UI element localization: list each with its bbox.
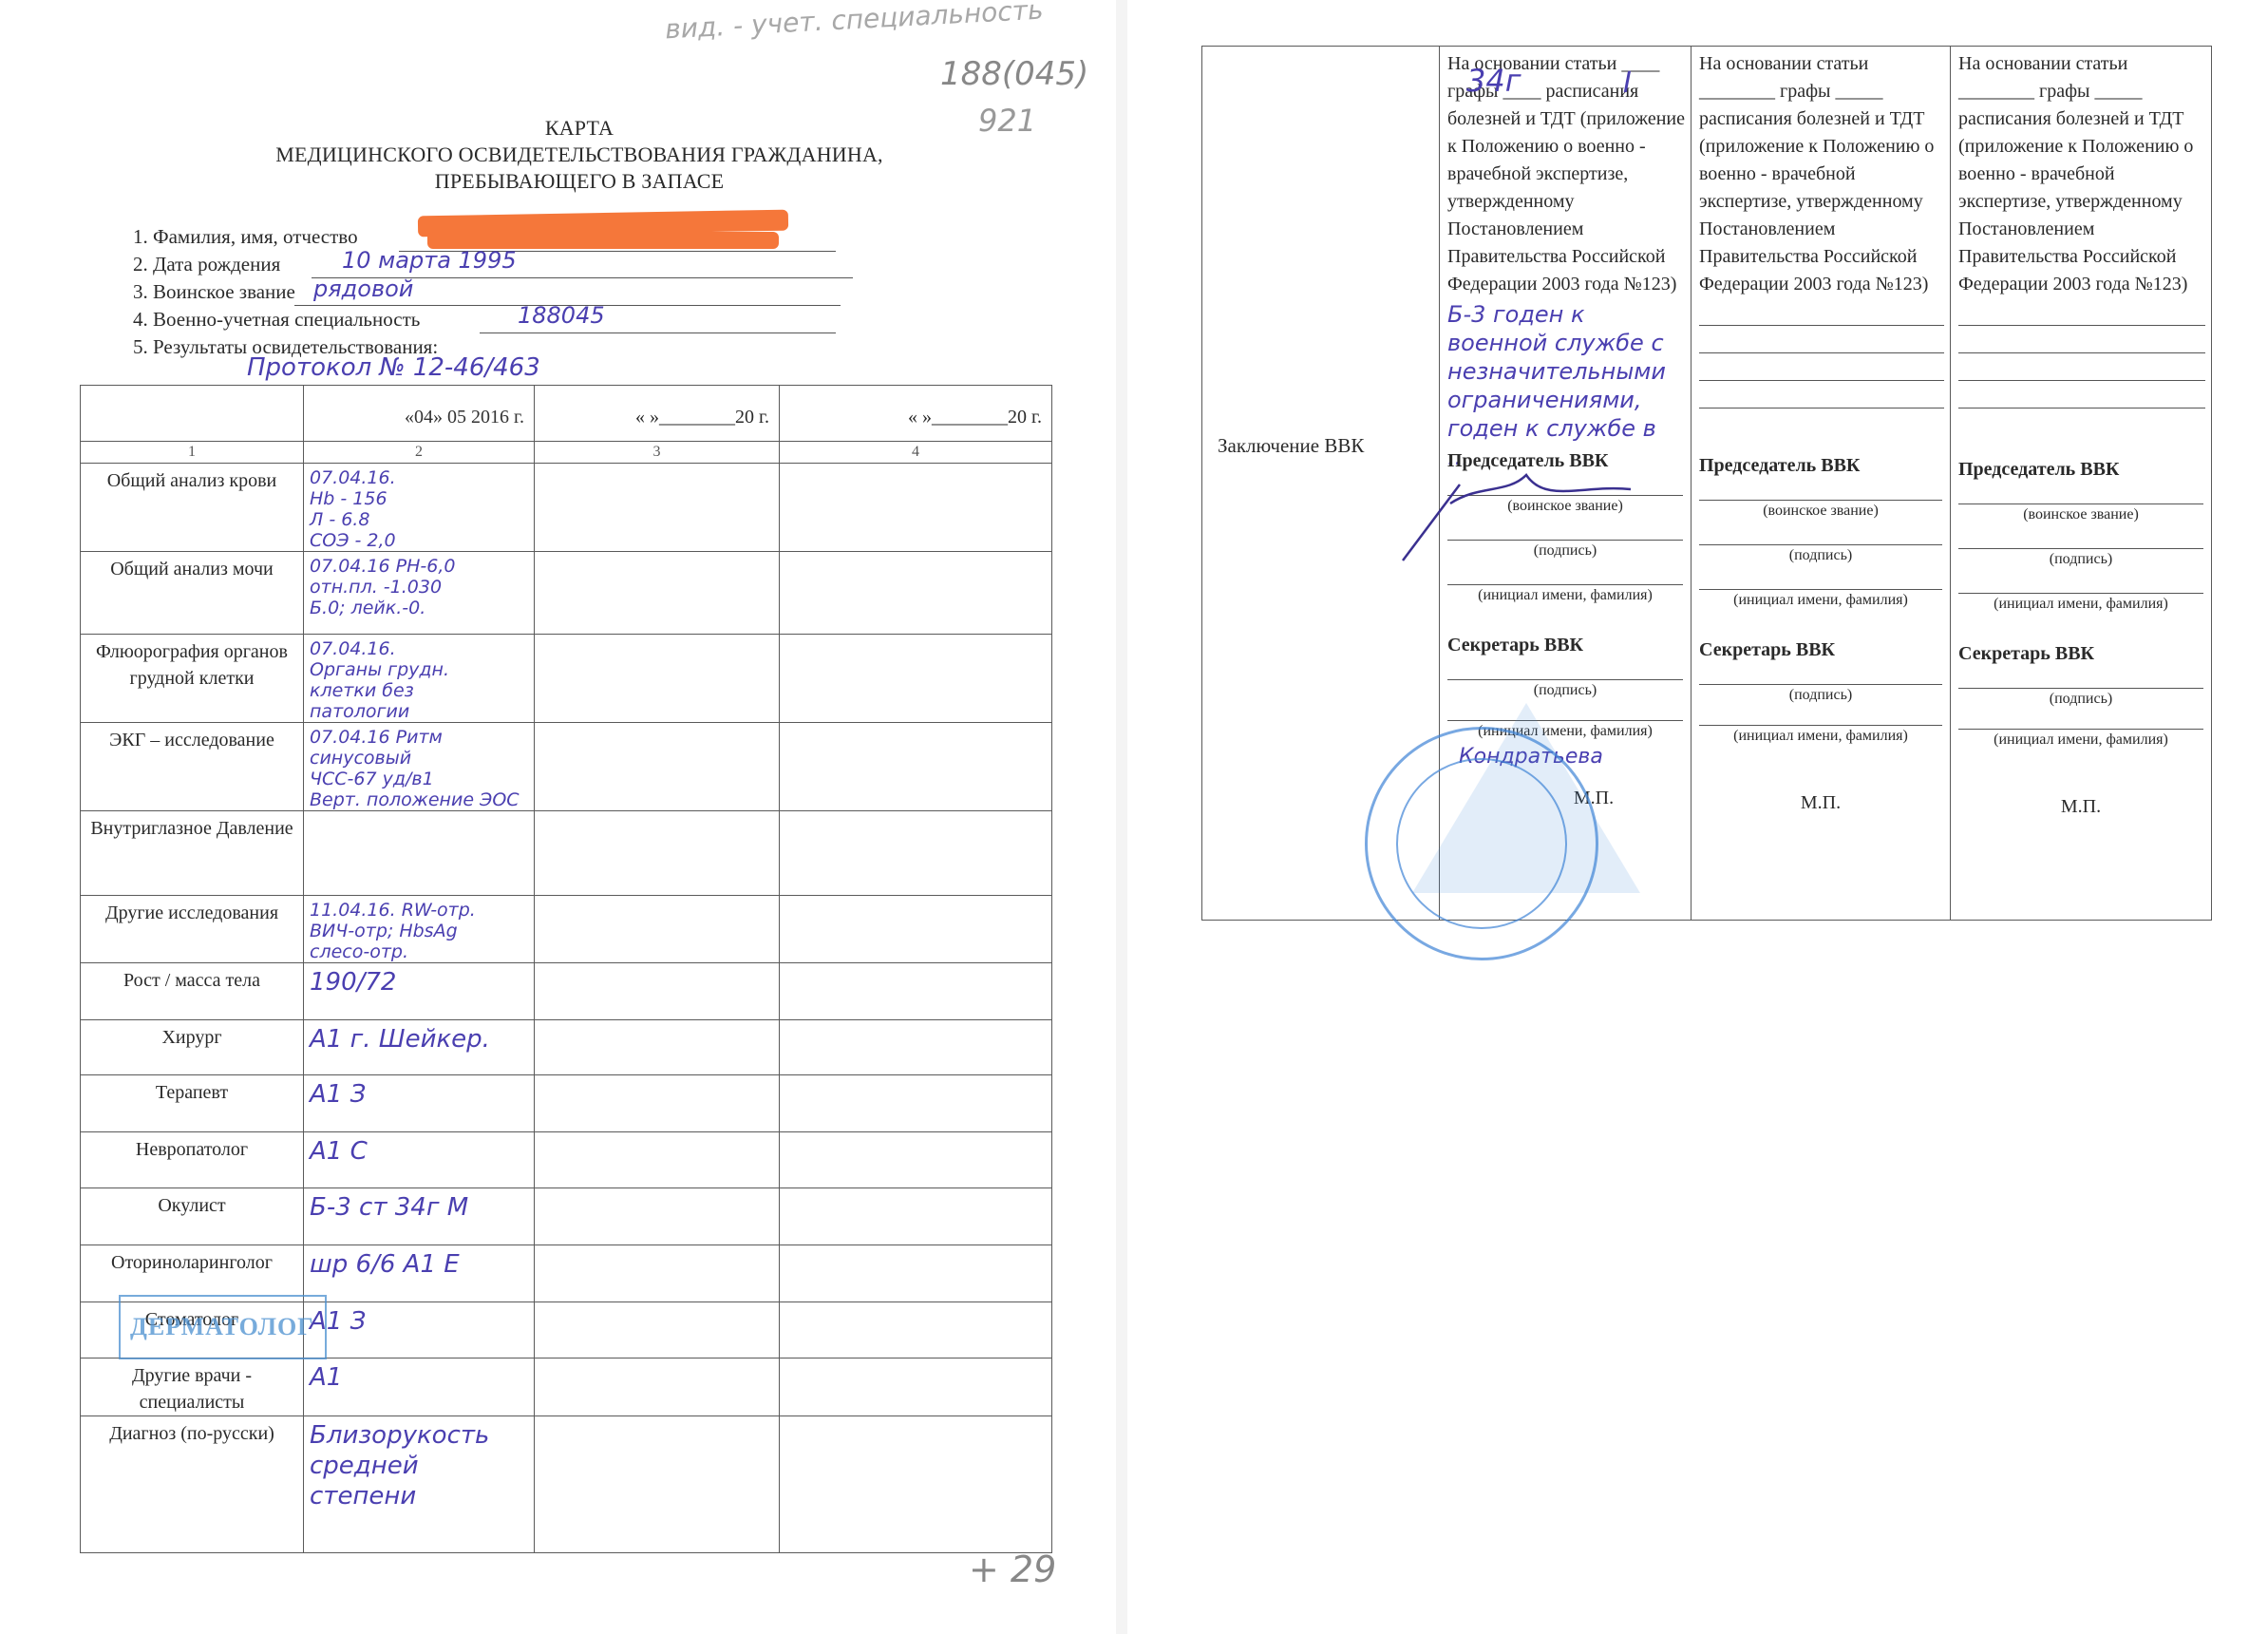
- row-value-col2: шр 6/6 А1 Е: [304, 1245, 534, 1280]
- row-value-col3: [535, 963, 779, 967]
- table-row: Внутриглазное Давление: [81, 811, 1052, 896]
- row-value-col3: [535, 1075, 779, 1079]
- signature-caption: (подпись): [1958, 549, 2203, 570]
- basis-text: На основании статьи ____ графы ____ расп…: [1440, 47, 1691, 471]
- table-row: ЭКГ – исследование07.04.16 Ритм синусовы…: [81, 723, 1052, 811]
- row-value-col3: [535, 464, 779, 467]
- row-value-col2: А1 З: [304, 1075, 534, 1110]
- row-label: Рост / масса тела: [81, 963, 303, 994]
- field-line-specialty: [480, 332, 836, 333]
- row-label: ЭКГ – исследование: [81, 723, 303, 753]
- header-date-col4: « »________20 г.: [780, 386, 1052, 442]
- row-value-col3: [535, 635, 779, 638]
- row-label: Диагноз (по-русски): [81, 1416, 303, 1447]
- row-value-col2: 07.04.16. Органы грудн. клетки без патол…: [304, 635, 534, 722]
- page-note: + 29: [969, 1548, 1056, 1590]
- row-value-col3: [535, 723, 779, 727]
- basis-text: На основании статьи ________ графы _____…: [1951, 47, 2211, 408]
- column-number: 3: [535, 442, 779, 463]
- title-line-2: МЕДИЦИНСКОГО ОСВИДЕТЕЛЬСТВОВАНИЯ ГРАЖДАН…: [0, 142, 1159, 167]
- column-number: 2: [304, 442, 534, 463]
- table-row: ОкулистБ-3 ст 34г М: [81, 1188, 1052, 1245]
- table-row: Другие врачи - специалистыА1: [81, 1358, 1052, 1416]
- table-row: ТерапевтА1 З: [81, 1075, 1052, 1132]
- row-value-col2: 11.04.16. RW-отр. ВИЧ-отр; НbsAg слесо-о…: [304, 896, 534, 962]
- header-date-col3: « »________20 г.: [535, 386, 780, 442]
- seal-mark: М.П.: [1699, 792, 1942, 813]
- row-value-col4: [780, 1302, 1051, 1306]
- row-value-col2: Б-3 ст 34г М: [304, 1188, 534, 1223]
- signature-caption: (подпись): [1447, 680, 1683, 701]
- table-row: Флюорография органов грудной клетки07.04…: [81, 635, 1052, 723]
- row-value-col4: [780, 1416, 1051, 1420]
- row-value-col2: А1 С: [304, 1132, 534, 1167]
- name-caption: (инициал имени, фамилия): [1447, 585, 1683, 606]
- conclusion-col-2: На основании статьи ________ графы _____…: [1692, 47, 1951, 921]
- signature-caption: (подпись): [1699, 545, 1942, 566]
- row-value-col3: [535, 811, 779, 815]
- row-value-col2: А1 З: [304, 1302, 534, 1337]
- row-value-col2: 07.04.16 Ритм синусовый ЧСС-67 уд/в1 Вер…: [304, 723, 534, 810]
- row-value-col2: 190/72: [304, 963, 534, 997]
- row-label: Внутриглазное Давление: [81, 811, 303, 842]
- right-page: Заключение ВВК На основании статьи ____ …: [1127, 0, 2268, 1634]
- name-caption: (инициал имени, фамилия): [1699, 726, 1942, 747]
- table-row: НевропатологА1 С: [81, 1132, 1052, 1188]
- row-value-col2: А1: [304, 1358, 534, 1393]
- row-value-col4: [780, 464, 1051, 467]
- row-value-col3: [535, 1358, 779, 1362]
- row-value-col3: [535, 1302, 779, 1306]
- row-value-col2: 07.04.16 PH-6,0 отн.пл. -1.030 Б.0; лейк…: [304, 552, 534, 618]
- name-caption: (инициал имени, фамилия): [1699, 590, 1942, 611]
- secretary-label: Секретарь ВВК: [1447, 635, 1683, 656]
- row-value-col4: [780, 1132, 1051, 1136]
- row-value-col3: [535, 1132, 779, 1136]
- column-number: 1: [81, 442, 303, 463]
- row-value-col4: [780, 811, 1051, 815]
- row-label: Оториноларинголог: [81, 1245, 303, 1276]
- row-value-col4: [780, 1020, 1051, 1024]
- row-label: Хирург: [81, 1020, 303, 1051]
- row-label: Флюорография органов грудной клетки: [81, 635, 303, 692]
- row-value-col4: [780, 552, 1051, 556]
- triangle-stamp: [1412, 703, 1640, 893]
- field-value-specialty: 188045: [518, 302, 605, 329]
- row-value-col4: [780, 723, 1051, 727]
- signature-caption: (подпись): [1958, 689, 2203, 710]
- row-label: Терапевт: [81, 1075, 303, 1106]
- row-value-col3: [535, 1416, 779, 1420]
- row-value-col3: [535, 552, 779, 556]
- table-header-row: «04» 05 2016 г. « »________20 г. « »____…: [81, 386, 1052, 442]
- table-row: Общий анализ крови07.04.16. Нb - 156 Л -…: [81, 464, 1052, 552]
- vvk-conclusion-table: Заключение ВВК На основании статьи ____ …: [1201, 46, 2212, 921]
- row-value-col3: [535, 896, 779, 900]
- row-value-col4: [780, 1358, 1051, 1362]
- handwritten-conclusion: Б-3 годен к военной службе с незначитель…: [1447, 300, 1685, 471]
- article-value: 34г: [1466, 67, 1521, 95]
- column-number-row: 1 2 3 4: [81, 442, 1052, 464]
- field-value-birthdate: 10 марта 1995: [342, 247, 517, 274]
- row-value-col4: [780, 896, 1051, 900]
- signature-caption: (подпись): [1699, 685, 1942, 706]
- row-value-col3: [535, 1188, 779, 1192]
- title-line-3: ПРЕБЫВАЮЩЕГО В ЗАПАСЕ: [0, 169, 1159, 194]
- row-value-col4: [780, 1075, 1051, 1079]
- rank-caption: (воинское звание): [1958, 504, 2203, 525]
- dermatologist-stamp: ДЕРМАТОЛОГ: [119, 1295, 327, 1359]
- row-value-col4: [780, 963, 1051, 967]
- conclusion-label: Заключение ВВК: [1218, 434, 1364, 458]
- field-label-specialty: 4. Военно-учетная специальность: [133, 308, 420, 332]
- field-label-rank: 3. Воинское звание: [133, 280, 295, 304]
- row-value-col4: [780, 1188, 1051, 1192]
- table-row: Рост / масса тела190/72: [81, 963, 1052, 1020]
- row-label: Окулист: [81, 1188, 303, 1219]
- table-row: Другие исследования11.04.16. RW-отр. ВИЧ…: [81, 896, 1052, 963]
- table-row: Общий анализ мочи07.04.16 PH-6,0 отн.пл.…: [81, 552, 1052, 635]
- row-value-col3: [535, 1020, 779, 1024]
- row-label: Другие врачи - специалисты: [81, 1358, 303, 1415]
- chairman-label: Председатель ВВК: [1699, 455, 1942, 477]
- conclusion-col-3: На основании статьи ________ графы _____…: [1951, 47, 2212, 921]
- row-value-col2: [304, 811, 534, 815]
- pencil-margin-note: вид. - учет. специальность: [664, 0, 1044, 45]
- field-label-fio: 1. Фамилия, имя, отчество: [133, 225, 358, 249]
- row-label: Другие исследования: [81, 896, 303, 926]
- chairman-signature-scribble: [1393, 465, 1678, 570]
- secretary-label: Секретарь ВВК: [1699, 639, 1942, 661]
- title-line-1: КАРТА: [0, 116, 1159, 141]
- graph-value: I: [1623, 69, 1632, 97]
- column-number: 4: [780, 442, 1051, 463]
- name-caption: (инициал имени, фамилия): [1958, 730, 2203, 750]
- pencil-code: 188(045): [940, 55, 1088, 93]
- table-row: Оториноларингологшр 6/6 А1 Е: [81, 1245, 1052, 1302]
- page-separator: [1116, 0, 1127, 1634]
- row-label: Общий анализ мочи: [81, 552, 303, 582]
- name-caption: (инициал имени, фамилия): [1958, 594, 2203, 615]
- secretary-label: Секретарь ВВК: [1958, 643, 2203, 665]
- chairman-block: Председатель ВВК (воинское звание) (подп…: [1699, 455, 1942, 813]
- row-value-col4: [780, 1245, 1051, 1249]
- row-value-col4: [780, 635, 1051, 638]
- table-row: Диагноз (по-русски)Близорукость средней …: [81, 1416, 1052, 1553]
- rank-caption: (воинское звание): [1699, 501, 1942, 522]
- field-value-results: Протокол № 12-46/463: [247, 353, 540, 382]
- basis-text: На основании статьи ________ графы _____…: [1692, 47, 1950, 408]
- row-value-col3: [535, 1245, 779, 1249]
- chairman-label: Председатель ВВК: [1958, 459, 2203, 481]
- header-empty-cell: [81, 386, 304, 442]
- left-page: вид. - учет. специальность 188(045) 921 …: [0, 0, 1116, 1634]
- field-label-birthdate: 2. Дата рождения: [133, 253, 280, 276]
- row-value-col2: 07.04.16. Нb - 156 Л - 6.8 СОЭ - 2,0: [304, 464, 534, 551]
- row-label: Общий анализ крови: [81, 464, 303, 494]
- row-label: Невропатолог: [81, 1132, 303, 1163]
- header-date-col2: «04» 05 2016 г.: [304, 386, 535, 442]
- table-row: ХирургА1 г. Шейкер.: [81, 1020, 1052, 1075]
- examination-table: «04» 05 2016 г. « »________20 г. « »____…: [80, 385, 1052, 1553]
- row-value-col2: А1 г. Шейкер.: [304, 1020, 534, 1054]
- seal-mark: М.П.: [1958, 796, 2203, 817]
- row-value-col2: Близорукость средней степени: [304, 1416, 534, 1511]
- chairman-block: Председатель ВВК (воинское звание) (подп…: [1958, 459, 2203, 817]
- field-value-rank: рядовой: [313, 275, 413, 302]
